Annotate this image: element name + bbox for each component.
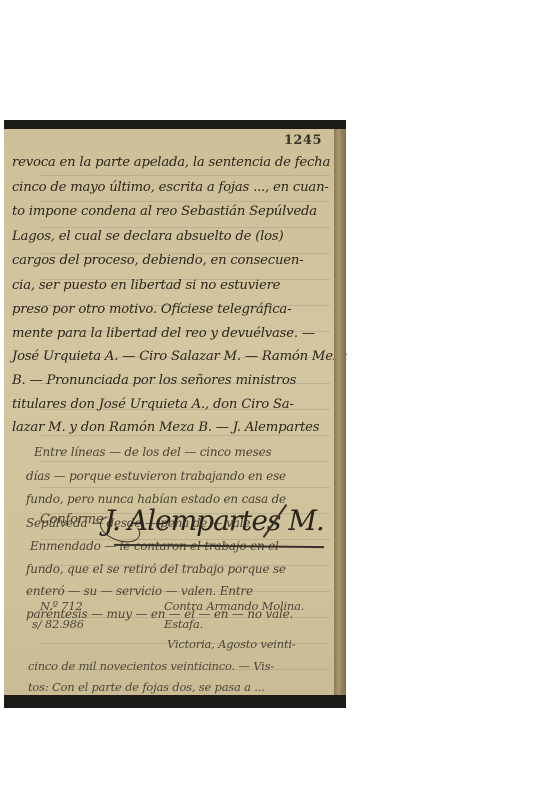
page-edge (334, 129, 346, 695)
annotation-line: Entre líneas — de los del — cinco meses (34, 445, 271, 459)
annotation-line: paréntesis — muy — en — el — en — no val… (26, 607, 293, 621)
ledger-page: 1245 revoca en la parte apelada, la sent… (4, 129, 334, 695)
annotation-line: fundo, pero nunca habían estado en casa … (26, 492, 286, 506)
ruled-line (40, 669, 330, 670)
annotation-line: Sepúlveda — desde — pena de — vale (26, 516, 250, 530)
ruled-line (40, 227, 330, 228)
text-line: preso por otro motivo. Ofíciese telegráf… (12, 302, 291, 317)
text-line: revoca en la parte apelada, la sentencia… (12, 155, 330, 170)
ruled-line (40, 487, 330, 488)
ruled-line (40, 435, 330, 436)
ruled-line (40, 201, 330, 202)
text-line: to impone condena al reo Sebastián Sepúl… (12, 204, 317, 219)
text-line: lazar M. y don Ramón Meza B. — J. Alempa… (12, 420, 319, 435)
ruled-line (40, 513, 330, 514)
text-line: B. — Pronunciada por los señores ministr… (12, 373, 296, 388)
text-line: Lagos, el cual se declara absuelto de (l… (12, 229, 283, 244)
ruled-line (40, 461, 330, 462)
annotation-line: Enmendado — le contaron el trabajo en el (30, 539, 279, 553)
ruled-line (40, 175, 330, 176)
text-line: mente para la libertad del reo y devuélv… (12, 326, 315, 341)
text-line: José Urquieta A. — Ciro Salazar M. — Ram… (12, 349, 347, 364)
document-scan: 1245 revoca en la parte apelada, la sent… (4, 120, 346, 708)
text-line: cia, ser puesto en libertad si no estuvi… (12, 278, 280, 293)
text-line: cargos del proceso, debiendo, en consecu… (12, 253, 303, 268)
annotation-line: fundo, que el se retiró del trabajo porq… (26, 562, 286, 576)
text-line: titulares don José Urquieta A., don Ciro… (12, 397, 294, 412)
annotation-line: enteró — su — servicio — valen. Entre (26, 584, 253, 598)
ruled-line (40, 643, 330, 644)
text-line: cinco de mayo último, escrita a fojas ..… (12, 180, 329, 195)
page-number: 1245 (284, 133, 322, 148)
annotation-line: días — porque estuvieron trabajando en e… (26, 469, 286, 483)
